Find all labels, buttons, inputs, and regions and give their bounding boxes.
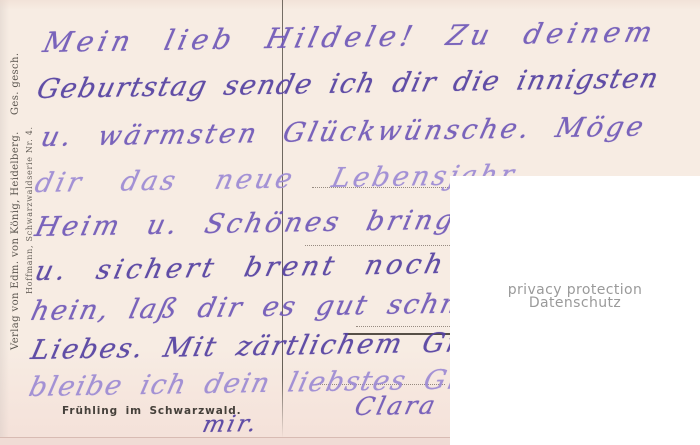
handwriting-line: Heim u. Schönes bringen — [32, 204, 499, 243]
postcard-scan-page: Verlag von Edm. von König, Heidelberg. G… — [0, 0, 700, 445]
caption-title: Frühling im Schwarzwald. — [62, 405, 242, 417]
privacy-line-de: Datenschutz — [450, 297, 700, 310]
handwriting-line: dir das neue Lebensjahr — [32, 160, 520, 199]
rights-notice: Ges. gesch. — [10, 52, 21, 114]
handwriting-line: Geburtstag sende ich dir die innigsten — [34, 63, 663, 105]
handwriting-line: u. wärmsten Glückwünsche. Möge — [38, 112, 649, 153]
publisher-imprint: Verlag von Edm. von König, Heidelberg. G… — [10, 55, 21, 350]
privacy-overlay: privacy protection Datenschutz — [450, 176, 700, 445]
handwriting-line: hein, laß dir es gut schme — [28, 288, 490, 327]
handwriting-line: Liebes. Mit zärtlichem Grü — [28, 327, 485, 366]
privacy-overlay-text: privacy protection Datenschutz — [450, 284, 700, 310]
handwriting-line: u. sichert brent noch — [32, 249, 449, 287]
publisher-name: Verlag von Edm. von König, Heidelberg. — [10, 131, 21, 350]
address-dotted-line-3 — [356, 326, 450, 327]
address-dotted-line-2 — [305, 245, 450, 246]
handwriting-line: Mein lieb Hildele! Zu deinem — [40, 15, 660, 59]
